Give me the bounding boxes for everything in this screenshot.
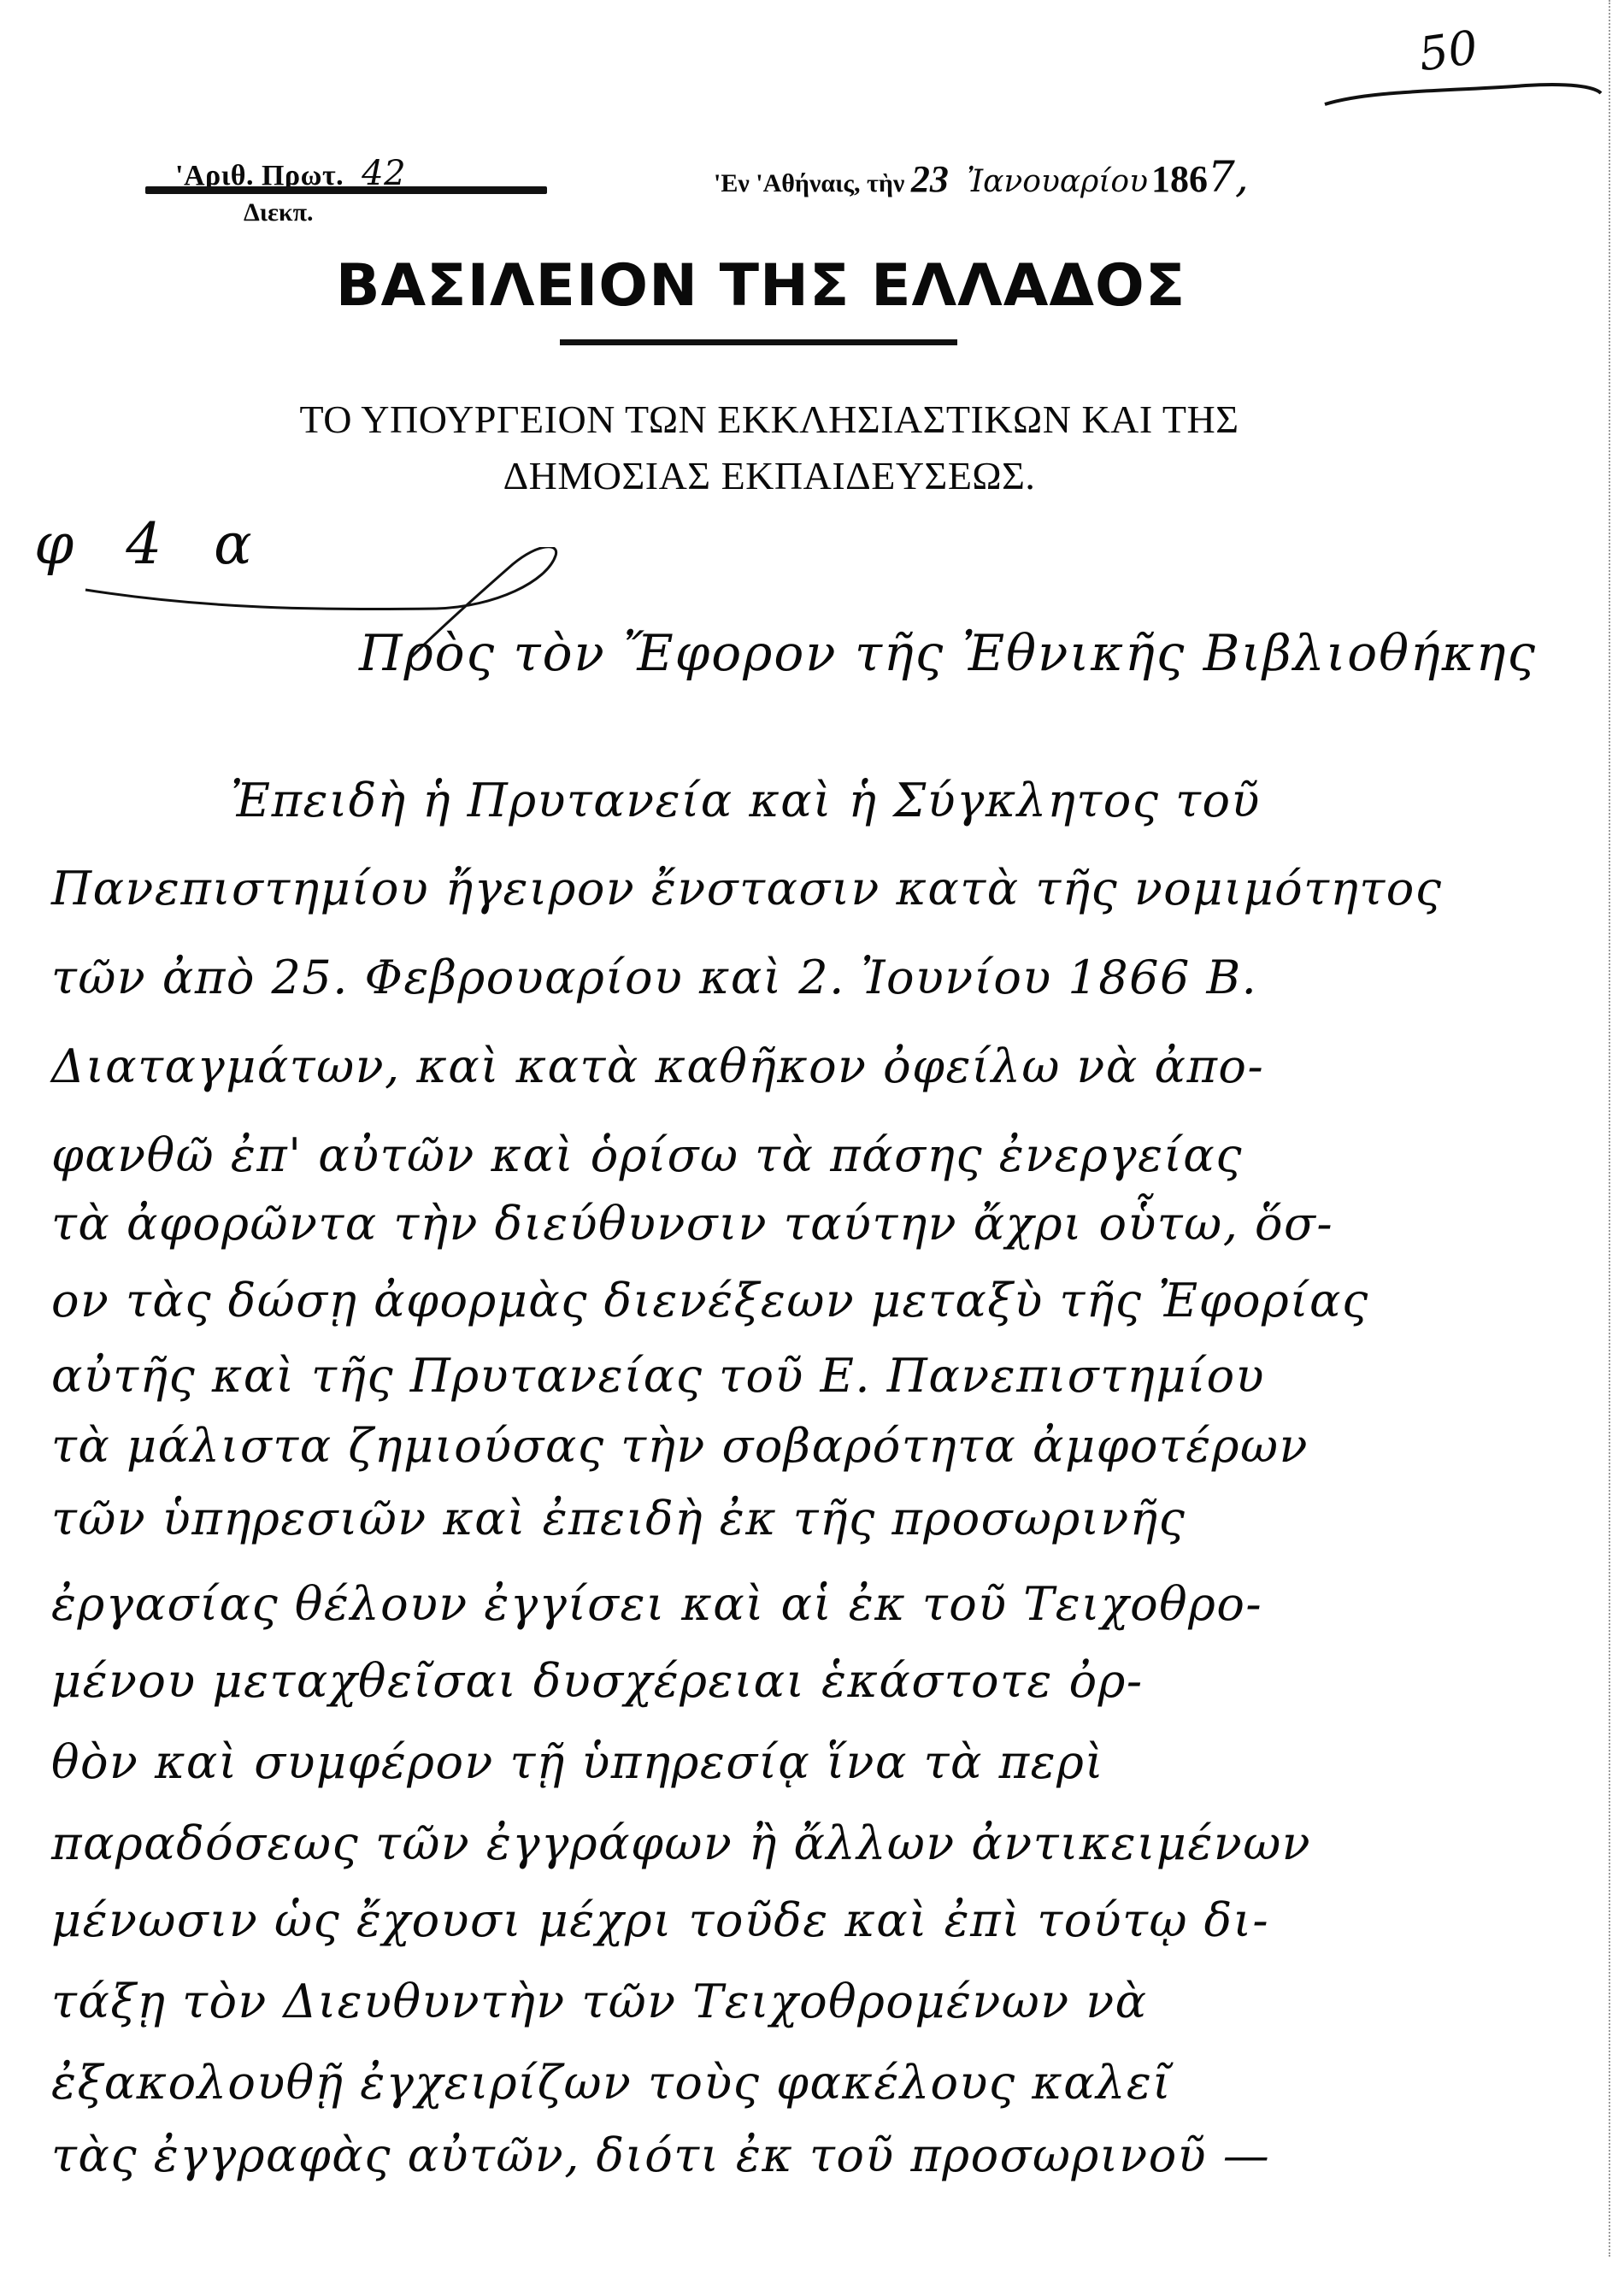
dateline: 'Εν 'Αθήναις, τὴν 23 Ἰανουαρίου1867, bbox=[714, 152, 1249, 202]
body-line: μένου μεταχθεῖσαι δυσχέρειαι ἑκάστοτε ὀρ… bbox=[51, 1654, 1590, 1708]
letterhead-ministry: ΤΟ ΥΠΟΥΡΓΕΙΟΝ ΤΩΝ ΕΚΚΛΗΣΙΑΣΤΙΚΩΝ ΚΑΙ ΤΗΣ… bbox=[197, 391, 1342, 504]
body-line: τῶν ἀπὸ 25. Φεβρουαρίου καὶ 2. Ἰουνίου 1… bbox=[51, 951, 1590, 1004]
dateline-year-printed: 186 bbox=[1151, 158, 1208, 200]
dateline-suffix: , bbox=[1235, 152, 1249, 202]
body-line: μένωσιν ὡς ἔχουσι μέχρι τοῦδε καὶ ἐπὶ το… bbox=[51, 1893, 1590, 1947]
dispatch-label: Διεκπ. bbox=[244, 198, 314, 227]
body-line: ἐξακολουθῇ ἐγχειρίζων τοὺς φακέλους καλε… bbox=[51, 2056, 1590, 2110]
body-line: Διαταγμάτων, καὶ κατὰ καθῆκον ὀφείλω νὰ … bbox=[51, 1039, 1590, 1093]
dateline-year-handwritten: 7 bbox=[1208, 152, 1235, 202]
letterhead-kingdom: ΒΑΣΙΛΕΙΟΝ ΤΗΣ ΕΛΛΑΔΟΣ bbox=[308, 252, 1214, 320]
body-line: τῶν ὑπηρεσιῶν καὶ ἐπειδὴ ἐκ τῆς προσωριν… bbox=[51, 1492, 1590, 1545]
folio-number: 50 bbox=[1415, 21, 1481, 82]
body-line: θὸν καὶ συμφέρον τῇ ὑπηρεσίᾳ ἵνα τὰ περὶ bbox=[51, 1735, 1590, 1789]
body-line: τὰ μάλιστα ζημιούσας τὴν σοβαρότητα ἀμφο… bbox=[51, 1419, 1590, 1473]
body-line: Ἐπειδὴ ἡ Πρυτανεία καὶ ἡ Σύγκλητος τοῦ bbox=[231, 774, 1590, 827]
letterhead-rule bbox=[560, 339, 957, 345]
body-line: τὰς ἐγγραφὰς αὐτῶν, διότι ἐκ τοῦ προσωρι… bbox=[51, 2128, 1590, 2182]
ministry-line-1: ΤΟ ΥΠΟΥΡΓΕΙΟΝ ΤΩΝ ΕΚΚΛΗΣΙΑΣΤΙΚΩΝ ΚΑΙ ΤΗΣ bbox=[197, 391, 1342, 448]
body-line: τὰ ἀφορῶντα τὴν διεύθυνσιν ταύτην ἄχρι ο… bbox=[51, 1197, 1590, 1251]
ministry-line-2: ΔΗΜΟΣΙΑΣ ΕΚΠΑΙΔΕΥΣΕΩΣ. bbox=[197, 448, 1342, 504]
protocol-rule bbox=[145, 186, 547, 194]
folio-underline-stroke bbox=[1321, 81, 1603, 107]
scanned-letter-page: 50 'Αριθ. Πρωτ. 42 Διεκπ. 'Εν 'Αθήναις, … bbox=[0, 0, 1624, 2278]
dateline-day: 23 bbox=[911, 158, 949, 200]
body-line: ον τὰς δώσῃ ἀφορμὰς διενέξεων μεταξὺ τῆς… bbox=[51, 1274, 1590, 1327]
dateline-prefix: 'Εν 'Αθήναις, τὴν bbox=[714, 169, 904, 197]
body-line: παραδόσεως τῶν ἐγγράφων ἢ ἄλλων ἀντικειμ… bbox=[51, 1816, 1590, 1870]
dateline-month: Ἰανουαρίου bbox=[967, 164, 1148, 199]
scan-edge-line bbox=[1609, 0, 1610, 2257]
body-line: αὐτῆς καὶ τῆς Πρυτανείας τοῦ Ε. Πανεπιστ… bbox=[51, 1349, 1590, 1403]
body-line: Πανεπιστημίου ἤγειρον ἔνστασιν κατὰ τῆς … bbox=[51, 862, 1590, 915]
addressee-line: Πρὸς τὸν Ἔφορον τῆς Ἐθνικῆς Βιβλιοθήκης bbox=[359, 624, 1607, 682]
body-line: τάξῃ τὸν Διευθυντὴν τῶν Τειχοθρομένων νὰ bbox=[51, 1975, 1590, 2028]
body-line: φανθῶ ἐπ' αὐτῶν καὶ ὁρίσω τὰ πάσης ἐνεργ… bbox=[51, 1128, 1590, 1182]
body-line: ἐργασίας θέλουν ἐγγίσει καὶ αἱ ἐκ τοῦ Τε… bbox=[51, 1577, 1590, 1631]
